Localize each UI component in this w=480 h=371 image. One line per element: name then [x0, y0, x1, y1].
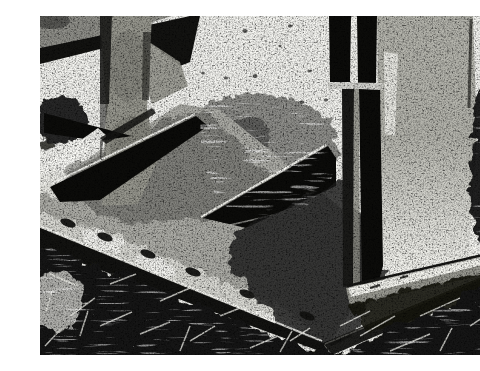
halftone-photo: Grainy monochrome photograph of a steel … [40, 16, 480, 355]
grain-dots-layer [40, 16, 480, 355]
photo-svg: Grainy monochrome photograph of a steel … [40, 16, 480, 355]
